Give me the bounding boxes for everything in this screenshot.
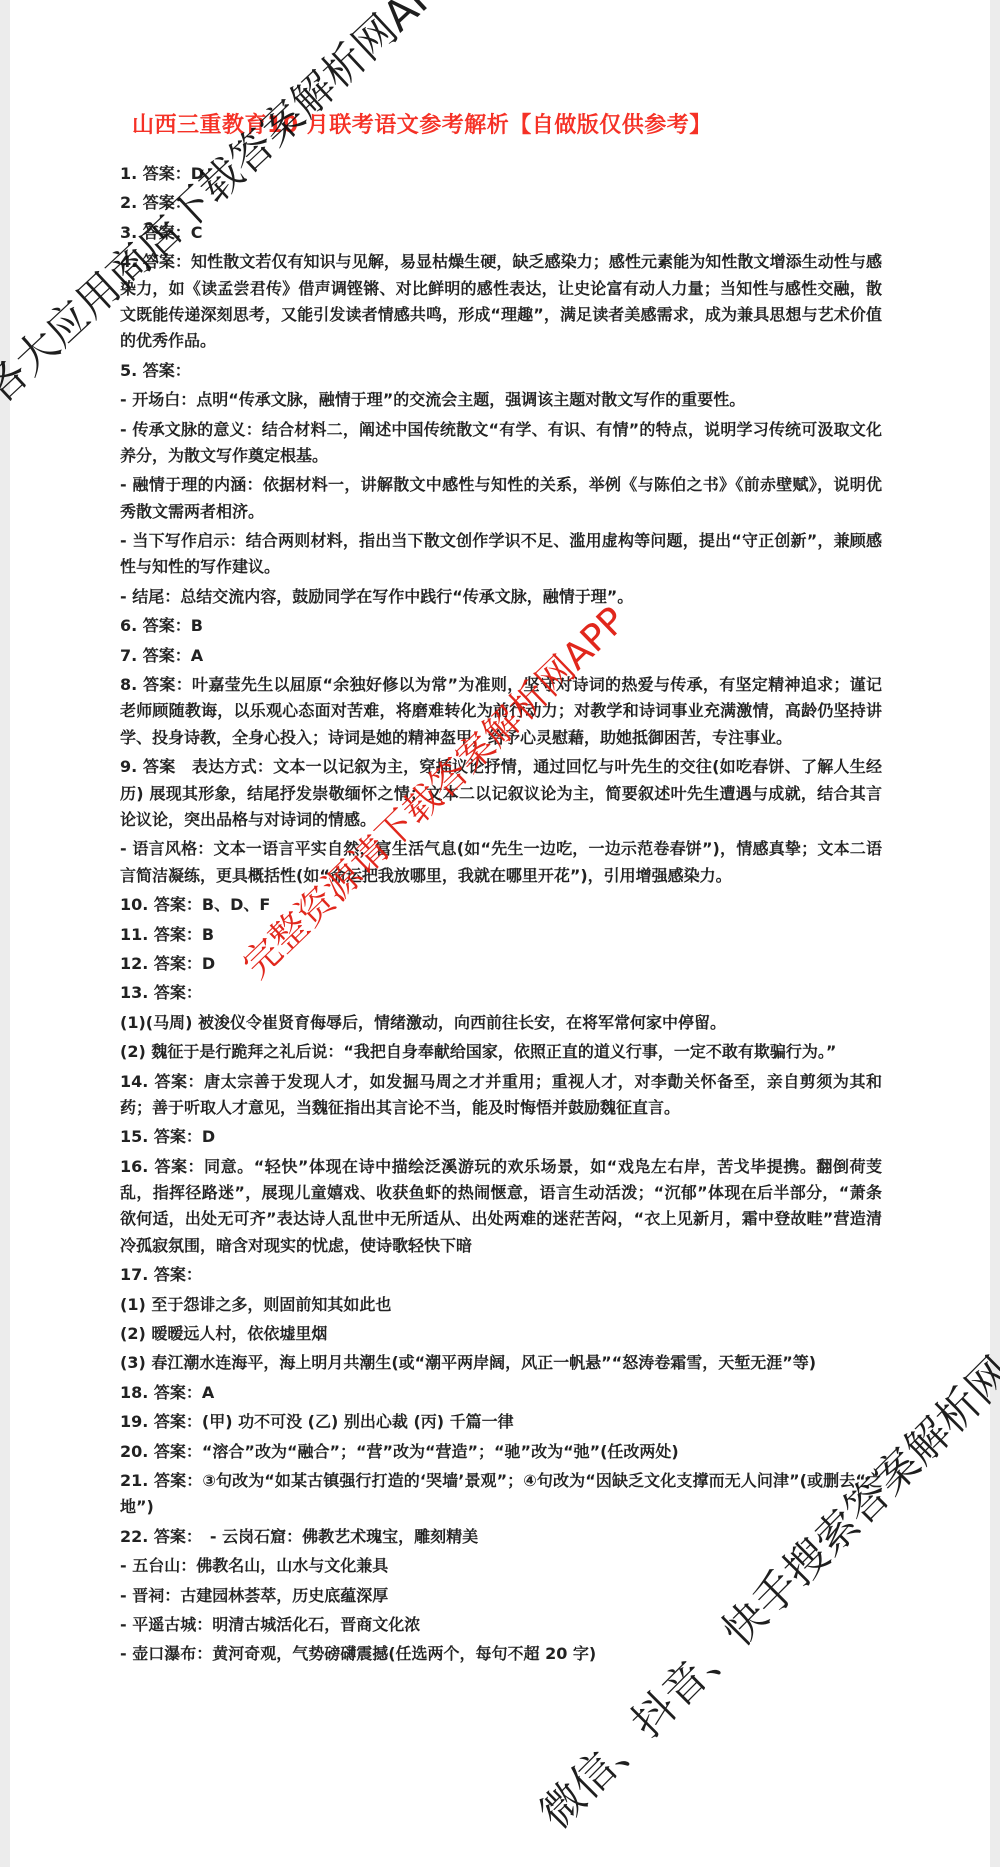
answer-line: 2. 答案： [120,190,882,216]
answer-line: (1)(马周) 被浚仪令崔贤育侮辱后，情绪激动，向西前往长安，在将军常何家中停留… [120,1010,882,1036]
answer-line: - 平遥古城：明清古城活化石，晋商文化浓 [120,1612,882,1638]
answer-line: - 壶口瀑布：黄河奇观，气势磅礴震撼(任选两个，每句不超 20 字) [120,1641,882,1667]
answer-line: - 五台山：佛教名山，山水与文化兼具 [120,1553,882,1579]
answer-line: 5. 答案： [120,358,882,384]
document-page: 山西三重教育10 月联考语文参考解析【自做版仅供参考】 1. 答案：D2. 答案… [0,0,1000,1867]
answer-line: (1) 至于怨诽之多，则固前知其如此也 [120,1292,882,1318]
answer-line: - 晋祠：古建园林荟萃，历史底蕴深厚 [120,1583,882,1609]
answer-line: 3. 答案：C [120,220,882,246]
answer-line: 22. 答案： - 云岗石窟：佛教艺术瑰宝，雕刻精美 [120,1524,882,1550]
answer-line: 17. 答案： [120,1262,882,1288]
answer-line: (3) 春江潮水连海平，海上明月共潮生(或“潮平两岸阔，风正一帆悬”“怒涛卷霜雪… [120,1350,882,1376]
answer-line: 12. 答案：D [120,951,882,977]
answer-line: 18. 答案：A [120,1380,882,1406]
answer-line: - 传承文脉的意义：结合材料二，阐述中国传统散文“有学、有识、有情”的特点，说明… [120,417,882,470]
answer-line: - 当下写作启示：结合两则材料，指出当下散文创作学识不足、滥用虚构等问题，提出“… [120,528,882,581]
answer-line: 11. 答案：B [120,922,882,948]
answer-line: 6. 答案：B [120,613,882,639]
scan-edge-right [990,0,1000,1867]
answer-line: 10. 答案：B、D、F [120,892,882,918]
answer-line: 21. 答案：③句改为“如某古镇强行打造的‘哭墙’景观”；④句改为“因缺乏文化支… [120,1468,882,1521]
answer-line: (2) 魏征于是行跪拜之礼后说：“我把自身奉献给国家，依照正直的道义行事，一定不… [120,1039,882,1065]
answer-line: 1. 答案：D [120,161,882,187]
answer-line: 16. 答案：同意。“轻快”体现在诗中描绘泛溪游玩的欢乐场景，如“戏凫左右岸，苦… [120,1154,882,1260]
scan-edge-left [0,0,10,1867]
page-title: 山西三重教育10 月联考语文参考解析【自做版仅供参考】 [120,108,882,139]
answer-line: 20. 答案：“溶合”改为“融合”；“营”改为“营造”；“驰”改为“弛”(任改两… [120,1439,882,1465]
answer-line: (2) 暧暧远人村，依依墟里烟 [120,1321,882,1347]
answer-line: - 开场白：点明“传承文脉，融情于理”的交流会主题，强调该主题对散文写作的重要性… [120,387,882,413]
answer-line: 7. 答案：A [120,643,882,669]
answer-line: - 语言风格：文本一语言平实自然，富生活气息(如“先生一边吃，一边示范卷春饼”)… [120,836,882,889]
answer-line: 15. 答案：D [120,1124,882,1150]
answer-line: 19. 答案：(甲) 功不可没 (乙) 别出心裁 (丙) 千篇一律 [120,1409,882,1435]
answers-list: 1. 答案：D2. 答案：3. 答案：C4. 答案：知性散文若仅有知识与见解，易… [120,161,882,1668]
answer-line: 14. 答案：唐太宗善于发现人才，如发掘马周之才并重用；重视人才，对李勣关怀备至… [120,1069,882,1122]
answer-line: 13. 答案： [120,980,882,1006]
answer-line: 4. 答案：知性散文若仅有知识与见解，易显枯燥生硬，缺乏感染力；感性元素能为知性… [120,249,882,355]
answer-line: 9. 答案 表达方式：文本一以记叙为主，穿插议论抒情，通过回忆与叶先生的交往(如… [120,754,882,833]
answer-line: - 融情于理的内涵：依据材料一，讲解散文中感性与知性的关系，举例《与陈伯之书》《… [120,472,882,525]
answer-line: 8. 答案：叶嘉莹先生以屈原“余独好修以为常”为准则，坚守对诗词的热爱与传承，有… [120,672,882,751]
document-content: 山西三重教育10 月联考语文参考解析【自做版仅供参考】 1. 答案：D2. 答案… [120,108,882,1671]
answer-line: - 结尾：总结交流内容，鼓励同学在写作中践行“传承文脉，融情于理”。 [120,584,882,610]
